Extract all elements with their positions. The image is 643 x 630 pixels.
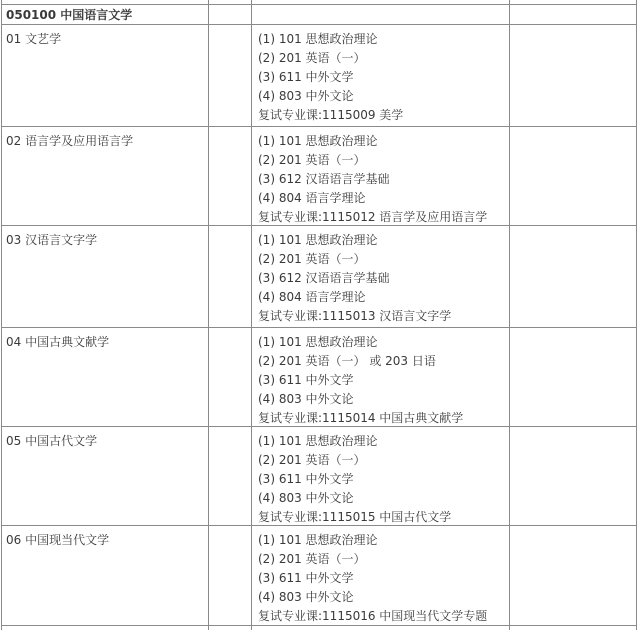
exam-subject-line: (2) 201 英语（一） (258, 49, 505, 68)
exam-subject-line: (3) 611 中外文学 (258, 371, 505, 390)
narrow-empty-cell (209, 526, 252, 625)
exam-subject-line: (2) 201 英语（一） (258, 151, 505, 170)
exam-subject-line: (3) 612 汉语语言学基础 (258, 269, 505, 288)
exam-subject-line: (1) 101 思想政治理论 (258, 132, 505, 151)
group-header-text: 050100 中国语言文学 (6, 8, 132, 22)
exam-subject-line: (1) 101 思想政治理论 (258, 231, 505, 250)
exam-subject-line: (3) 611 中外文学 (258, 68, 505, 87)
exam-subject-line: (3) 611 中外文学 (258, 470, 505, 489)
retest-course-line: 复试专业课:1115013 汉语言文字学 (258, 307, 505, 326)
table-row: 04 中国古典文献学 (1) 101 思想政治理论 (2) 201 英语（一） … (2, 328, 636, 427)
retest-course-line: 复试专业课:1115015 中国古代文学 (258, 508, 505, 525)
exam-subject-line: (2) 201 英语（一） 或 203 日语 (258, 352, 505, 371)
right-empty-cell (510, 328, 636, 426)
group-header-cell: 050100 中国语言文学 (2, 5, 209, 24)
narrow-empty-cell (209, 626, 252, 630)
table-row: 02 语言学及应用语言学 (1) 101 思想政治理论 (2) 201 英语（一… (2, 127, 636, 226)
exam-subject-line: (3) 612 汉语语言学基础 (258, 170, 505, 189)
exam-subjects-cell: (1) 101 思想政治理论 (2) 201 英语（一） (3) 611 中外文… (252, 25, 510, 126)
specialization-cell: 01 文艺学 (2, 25, 209, 126)
narrow-empty-cell (209, 25, 252, 126)
exam-subject-line: (2) 201 英语（一） (258, 250, 505, 269)
specialization-cell: 03 汉语言文字学 (2, 226, 209, 327)
exam-subjects-cell (252, 626, 510, 630)
specialization-cell: 06 中国现当代文学 (2, 526, 209, 625)
exam-subject-line: (4) 804 语言学理论 (258, 189, 505, 208)
exam-subject-line: (4) 803 中外文论 (258, 87, 505, 106)
narrow-empty-cell (209, 127, 252, 225)
right-empty-cell (510, 5, 636, 24)
exam-subject-line: (1) 101 思想政治理论 (258, 432, 505, 451)
exam-subjects-cell: (1) 101 思想政治理论 (2) 201 英语（一） (3) 611 中外文… (252, 427, 510, 525)
table-row: 03 汉语言文字学 (1) 101 思想政治理论 (2) 201 英语（一） (… (2, 226, 636, 328)
retest-course-line: 复试专业课:1115014 中国古典文献学 (258, 409, 505, 426)
right-empty-cell (510, 25, 636, 126)
exam-subject-line: (4) 804 语言学理论 (258, 288, 505, 307)
exam-subjects-cell: (1) 101 思想政治理论 (2) 201 英语（一） (3) 612 汉语语… (252, 226, 510, 327)
exam-subject-line: (4) 803 中外文论 (258, 489, 505, 508)
retest-course-line: 复试专业课:1115009 美学 (258, 106, 505, 125)
exam-subject-line: (2) 201 英语（一） (258, 550, 505, 569)
right-empty-cell (510, 626, 636, 630)
exam-subjects-cell (252, 5, 510, 24)
exam-subject-line: (4) 803 中外文论 (258, 588, 505, 607)
exam-subject-line: (1) 101 思想政治理论 (258, 30, 505, 49)
narrow-empty-cell (209, 5, 252, 24)
exam-subject-line: (4) 803 中外文论 (258, 390, 505, 409)
narrow-empty-cell (209, 0, 252, 4)
table-row: 05 中国古代文学 (1) 101 思想政治理论 (2) 201 英语（一） (… (2, 427, 636, 526)
exam-subject-line: (3) 611 中外文学 (258, 569, 505, 588)
narrow-empty-cell (209, 427, 252, 525)
specialization-name: 06 中国现当代文学 (6, 533, 109, 547)
right-empty-cell (510, 0, 636, 4)
exam-subjects-cell: (1) 101 思想政治理论 (2) 201 英语（一） 或 203 日语 (3… (252, 328, 510, 426)
exam-subject-line: (2) 201 英语（一） (258, 451, 505, 470)
specialization-cell: 02 语言学及应用语言学 (2, 127, 209, 225)
table-row: 01 文艺学 (1) 101 思想政治理论 (2) 201 英语（一） (3) … (2, 25, 636, 127)
specialization-name: 01 文艺学 (6, 32, 61, 46)
exam-subjects-cell: (1) 101 思想政治理论 (2) 201 英语（一） (3) 612 汉语语… (252, 127, 510, 225)
narrow-empty-cell (209, 226, 252, 327)
exam-subject-line: (1) 101 思想政治理论 (258, 531, 505, 550)
retest-course-line: 复试专业课:1115016 中国现当代文学专题 (258, 607, 505, 625)
specialization-cell: 04 中国古典文献学 (2, 328, 209, 426)
exam-subjects-cell: (1) 101 思想政治理论 (2) 201 英语（一） (3) 611 中外文… (252, 526, 510, 625)
specialization-name: 05 中国古代文学 (6, 434, 97, 448)
specialization-name: 04 中国古典文献学 (6, 335, 109, 349)
table-row: 06 中国现当代文学 (1) 101 思想政治理论 (2) 201 英语（一） … (2, 526, 636, 626)
specialization-name: 03 汉语言文字学 (6, 233, 97, 247)
specialization-cell (2, 626, 209, 630)
specialization-name: 02 语言学及应用语言学 (6, 134, 133, 148)
specialization-cell: 05 中国古代文学 (2, 427, 209, 525)
narrow-empty-cell (209, 328, 252, 426)
right-empty-cell (510, 226, 636, 327)
partial-row-bottom (2, 626, 636, 630)
exam-subject-line: (1) 101 思想政治理论 (258, 333, 505, 352)
right-empty-cell (510, 427, 636, 525)
admissions-table-page: 050100 中国语言文学 01 文艺学 (1) 101 思想政治理论 (2) … (0, 0, 643, 630)
right-empty-cell (510, 127, 636, 225)
group-header-row: 050100 中国语言文学 (2, 5, 636, 25)
admissions-table: 050100 中国语言文学 01 文艺学 (1) 101 思想政治理论 (2) … (1, 0, 637, 630)
retest-course-line: 复试专业课:1115012 语言学及应用语言学 (258, 208, 505, 225)
right-empty-cell (510, 526, 636, 625)
